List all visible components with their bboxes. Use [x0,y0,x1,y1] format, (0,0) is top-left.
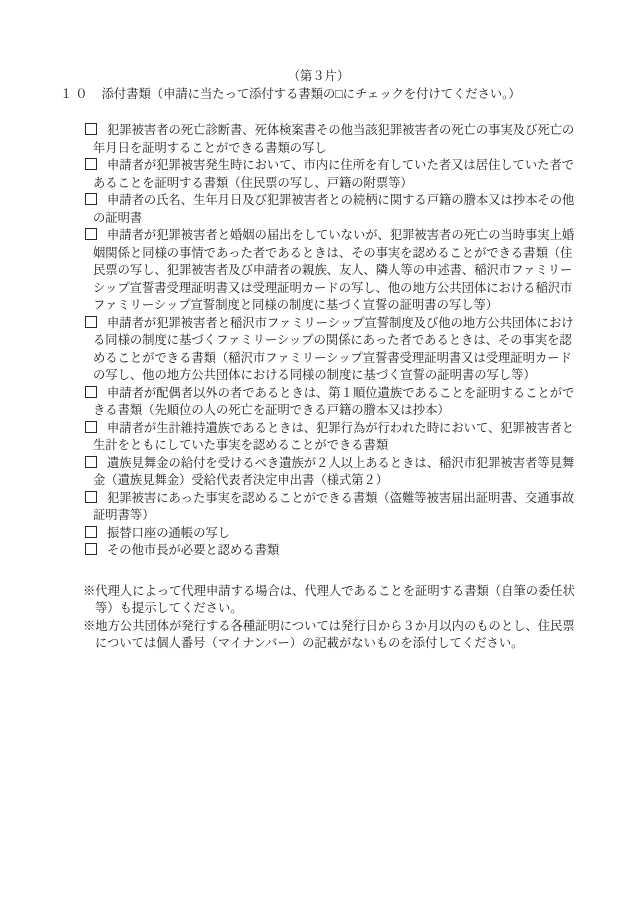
checklist-item: 遺族見舞金の給付を受けるべき遺族が２人以上あるときは、稲沢市犯罪被害者等見舞金（… [60,455,577,490]
item-checkbox[interactable] [85,158,97,170]
checklist-item: 申請者が犯罪被害発生時において、市内に住所を有していた者又は居住していた者である… [60,157,577,192]
checklist-item: 申請者が犯罪被害者と稲沢市ファミリーシップ宣誓制度及び他の地方公共団体における同… [60,315,577,385]
checklist-item-text: 申請者が犯罪被害者と稲沢市ファミリーシップ宣誓制度及び他の地方公共団体における同… [93,316,574,383]
attachment-checklist: 犯罪被害者の死亡診断書、死体検案書その他当該犯罪被害者の死亡の事実及び死亡の年月… [60,122,577,560]
item-checkbox[interactable] [85,543,97,555]
item-checkbox[interactable] [85,228,97,240]
checklist-item: 犯罪被害者の死亡診断書、死体検案書その他当該犯罪被害者の死亡の事実及び死亡の年月… [60,122,577,157]
item-checkbox[interactable] [85,193,97,205]
checklist-item: 申請者が生計維持遺族であるときは、犯罪行為が行われた時において、犯罪被害者と生計… [60,420,577,455]
section-number: １０ [60,87,91,101]
page-label: （第３片） [60,68,577,86]
checklist-item-text: 遺族見舞金の給付を受けるべき遺族が２人以上あるときは、稲沢市犯罪被害者等見舞金（… [93,456,574,488]
item-checkbox[interactable] [85,421,97,433]
section-heading: １０添付書類（申請に当たって添付する書類の□にチェックを付けてください。） [60,86,577,104]
checklist-item: 申請者が犯罪被害者と婚姻の届出をしていないが、犯罪被害者の死亡の当時事実上婚姻関… [60,227,577,315]
note: ※代理人によって代理申請する場合は、代理人であることを証明する書類（自筆の委任状… [60,583,577,618]
item-checkbox[interactable] [85,491,97,503]
checklist-item: その他市長が必要と認める書類 [60,542,577,560]
checklist-item: 犯罪被害にあった事実を認めることができる書類（盗難等被害届出証明書、交通事故証明… [60,490,577,525]
section-title: 添付書類（申請に当たって添付する書類の□にチェックを付けてください。） [102,87,521,101]
notes-section: ※代理人によって代理申請する場合は、代理人であることを証明する書類（自筆の委任状… [60,583,577,653]
checklist-item-text: 申請者の氏名、生年月日及び犯罪被害者との続柄に関する戸籍の謄本又は抄本その他の証… [93,193,574,225]
checklist-item-text: 申請者が配偶者以外の者であるときは、第１順位遺族であることを証明することができる… [93,386,574,418]
item-checkbox[interactable] [85,316,97,328]
checklist-item-text: その他市長が必要と認める書類 [107,543,279,557]
note: ※地方公共団体が発行する各種証明については発行日から３か月以内のものとし、住民票… [60,618,577,653]
checklist-item-text: 申請者が犯罪被害発生時において、市内に住所を有していた者又は居住していた者である… [93,158,574,190]
checklist-item-text: 犯罪被害にあった事実を認めることができる書類（盗難等被害届出証明書、交通事故証明… [93,491,574,523]
checklist-item: 振替口座の通帳の写し [60,525,577,543]
checklist-item-text: 振替口座の通帳の写し [107,526,230,540]
checklist-item: 申請者が配偶者以外の者であるときは、第１順位遺族であることを証明することができる… [60,385,577,420]
item-checkbox[interactable] [85,386,97,398]
checklist-item-text: 犯罪被害者の死亡診断書、死体検案書その他当該犯罪被害者の死亡の事実及び死亡の年月… [93,123,574,155]
item-checkbox[interactable] [85,526,97,538]
document-page: （第３片） １０添付書類（申請に当たって添付する書類の□にチェックを付けてくださ… [0,0,630,903]
checklist-item: 申請者の氏名、生年月日及び犯罪被害者との続柄に関する戸籍の謄本又は抄本その他の証… [60,192,577,227]
item-checkbox[interactable] [85,123,97,135]
checklist-item-text: 申請者が犯罪被害者と婚姻の届出をしていないが、犯罪被害者の死亡の当時事実上婚姻関… [93,228,574,312]
item-checkbox[interactable] [85,456,97,468]
checklist-item-text: 申請者が生計維持遺族であるときは、犯罪行為が行われた時において、犯罪被害者と生計… [93,421,574,453]
